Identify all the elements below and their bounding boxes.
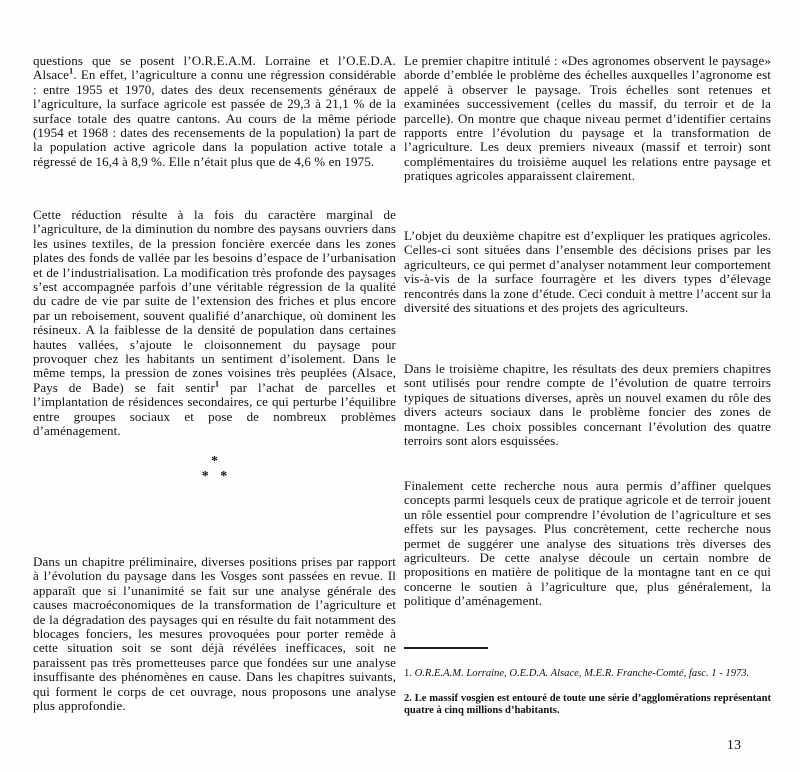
separator-asterisk-bottom: * * bbox=[33, 469, 396, 484]
footnote-number: 1. bbox=[404, 668, 412, 679]
footnote-separator-rule bbox=[404, 647, 488, 649]
left-paragraph-3: Dans un chapitre préliminaire, diverses … bbox=[33, 555, 396, 713]
footnote-text: O.R.E.A.M. Lorraine, O.E.D.A. Alsace, M.… bbox=[412, 668, 749, 679]
separator-asterisk-top: * bbox=[33, 454, 396, 469]
page-number: 13 bbox=[727, 737, 742, 753]
footnote-2: 2. Le massif vosgien est entouré de tout… bbox=[404, 693, 771, 717]
left-paragraph-2: Cette réduction résulte à la fois du car… bbox=[33, 208, 396, 439]
right-paragraph-2: L’objet du deuxième chapitre est d’expli… bbox=[404, 229, 771, 315]
right-paragraph-4: Finalement cette recherche nous aura per… bbox=[404, 479, 771, 609]
left-paragraph-1: questions que se posent l’O.R.E.A.M. Lor… bbox=[33, 54, 396, 169]
scanned-book-page: questions que se posent l’O.R.E.A.M. Lor… bbox=[0, 0, 800, 772]
section-separator: * * * bbox=[33, 454, 396, 484]
paragraph-text: Cette réduction résulte à la fois du car… bbox=[33, 207, 396, 395]
footnote-text: Le massif vosgien est entouré de toute u… bbox=[404, 693, 771, 716]
paragraph-text: . En effet, l’agriculture a connu une ré… bbox=[33, 67, 396, 168]
right-paragraph-1: Le premier chapitre intitulé : «Des agro… bbox=[404, 54, 771, 184]
footnote-1: 1. O.R.E.A.M. Lorraine, O.E.D.A. Alsace,… bbox=[404, 668, 771, 680]
footnote-number: 2. bbox=[404, 693, 412, 704]
right-paragraph-3: Dans le troisième chapitre, les résultat… bbox=[404, 362, 771, 448]
